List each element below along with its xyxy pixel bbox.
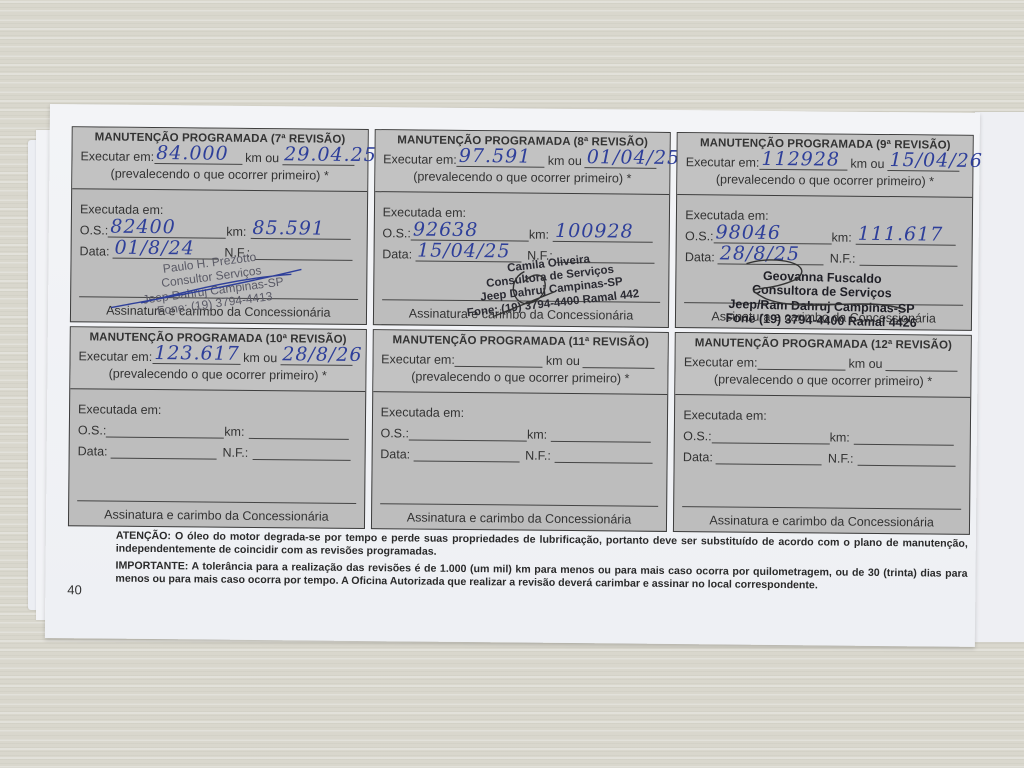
stamp-line: Consultor Serviços xyxy=(140,261,283,293)
nf-label: N.F.: xyxy=(828,451,854,465)
scheduled-date-field[interactable]: 29.04.25 xyxy=(282,149,354,166)
km-or-label: km ou xyxy=(848,357,882,371)
revision-schedule: MANUTENÇÃO PROGRAMADA (12ª REVISÃO) Exec… xyxy=(676,333,971,398)
facing-page xyxy=(975,112,1024,642)
km-field[interactable] xyxy=(854,429,954,446)
os-value: 98046 xyxy=(716,221,782,244)
date-nf-row: Data: 01/8/24 N.F.: xyxy=(80,237,359,261)
os-field[interactable] xyxy=(106,422,224,439)
prevailing-note: (prevalecendo o que ocorrer primeiro) * xyxy=(78,366,357,383)
revision-box-7: MANUTENÇÃO PROGRAMADA (7ª REVISÃO) Execu… xyxy=(70,126,369,325)
os-label: O.S.: xyxy=(685,229,714,243)
signature-line[interactable] xyxy=(382,299,661,303)
km-label: km: xyxy=(226,225,246,239)
nf-label: N.F.: xyxy=(830,251,856,265)
scheduled-date-field[interactable]: 28/8/26 xyxy=(280,349,352,366)
scheduled-date-value: 28/8/26 xyxy=(282,343,362,366)
km-label: km: xyxy=(831,231,851,245)
os-label: O.S.: xyxy=(382,226,411,240)
attention-note: ATENÇÃO: O óleo do motor degrada-se por … xyxy=(116,530,968,564)
os-field[interactable] xyxy=(409,424,527,441)
important-note: IMPORTANTE: A tolerância para a realizaç… xyxy=(115,559,967,593)
km-or-label: km ou xyxy=(548,154,582,168)
date-label: Data: xyxy=(683,450,713,464)
signature-line[interactable] xyxy=(380,503,659,507)
execute-label: Executar em: xyxy=(383,152,457,167)
os-label: O.S.: xyxy=(78,423,107,437)
date-field[interactable] xyxy=(413,446,519,463)
scheduled-date-field[interactable] xyxy=(885,355,957,372)
revision-box-10: MANUTENÇÃO PROGRAMADA (10ª REVISÃO) Exec… xyxy=(68,326,367,529)
date-field[interactable]: 01/8/24 xyxy=(112,243,218,260)
schedule-row: Executar em: 84.000 km ou 29.04.25 xyxy=(80,143,359,166)
km-or-label: km ou xyxy=(546,354,580,368)
revision-execution: Executada em: O.S.: km: Data: N.F.: xyxy=(70,389,365,461)
date-label: Data: xyxy=(80,244,110,258)
km-label: km: xyxy=(830,430,850,444)
revision-schedule: MANUTENÇÃO PROGRAMADA (7ª REVISÃO) Execu… xyxy=(72,127,367,192)
revision-execution: Executada em: O.S.: 82400 km: 85.591 Dat… xyxy=(72,189,367,261)
executed-label: Executada em: xyxy=(78,395,357,419)
scheduled-date-field[interactable]: 15/04/26 xyxy=(887,155,959,172)
executed-label: Executada em: xyxy=(381,398,660,422)
execute-label: Executar em: xyxy=(80,149,154,164)
footer-notes: ATENÇÃO: O óleo do motor degrada-se por … xyxy=(115,530,968,598)
scheduled-km-value: 84.000 xyxy=(156,142,229,165)
execute-label: Executar em: xyxy=(79,349,153,364)
os-label: O.S.: xyxy=(80,223,109,237)
schedule-row: Executar em: 97.591 km ou 01/04/25 xyxy=(383,146,662,169)
revision-box-12: MANUTENÇÃO PROGRAMADA (12ª REVISÃO) Exec… xyxy=(673,332,972,535)
scheduled-date-value: 15/04/26 xyxy=(889,149,983,172)
scheduled-km-field[interactable] xyxy=(757,354,845,371)
os-km-row: O.S.: km: xyxy=(683,422,962,446)
schedule-row: Executar em: 112928 km ou 15/04/26 xyxy=(686,149,965,172)
km-label: km: xyxy=(527,428,547,442)
prevailing-note: (prevalecendo o que ocorrer primeiro) * xyxy=(684,372,963,389)
stamp-line: Consultora de Serviços xyxy=(727,282,918,302)
signature-label: Assinatura e carimbo da Concessionária xyxy=(374,306,669,323)
revision-schedule: MANUTENÇÃO PROGRAMADA (10ª REVISÃO) Exec… xyxy=(70,327,365,392)
revision-grid: MANUTENÇÃO PROGRAMADA (7ª REVISÃO) Execu… xyxy=(68,126,974,535)
date-field[interactable]: 28/8/25 xyxy=(718,248,824,265)
nf-field[interactable] xyxy=(254,244,352,261)
date-nf-row: Data: N.F.: xyxy=(683,443,962,467)
stamp-line: Consultora de Serviços xyxy=(463,261,637,294)
os-km-row: O.S.: km: xyxy=(380,419,659,443)
km-value: 111.617 xyxy=(858,223,944,246)
prevailing-note: (prevalecendo o que ocorrer primeiro) * xyxy=(80,166,359,183)
schedule-row: Executar em: 123.617 km ou 28/8/26 xyxy=(79,343,358,366)
scheduled-km-field[interactable]: 97.591 xyxy=(457,151,545,168)
date-value: 28/8/25 xyxy=(720,242,800,265)
nf-field[interactable] xyxy=(555,447,653,464)
scheduled-date-value: 01/04/25 xyxy=(587,146,681,169)
scheduled-km-value: 112928 xyxy=(761,148,840,171)
date-field[interactable] xyxy=(110,443,216,460)
km-label: km: xyxy=(529,228,549,242)
signature-label: Assinatura e carimbo da Concessionária xyxy=(71,303,366,320)
km-or-label: km ou xyxy=(245,151,279,165)
revision-box-9: MANUTENÇÃO PROGRAMADA (9ª REVISÃO) Execu… xyxy=(675,132,974,331)
revision-schedule: MANUTENÇÃO PROGRAMADA (9ª REVISÃO) Execu… xyxy=(677,133,972,198)
signature-label: Assinatura e carimbo da Concessionária xyxy=(69,507,364,524)
revision-execution: Executada em: O.S.: km: Data: N.F.: xyxy=(372,392,667,464)
nf-label: N.F.: xyxy=(525,449,551,463)
signature-label: Assinatura e carimbo da Concessionária xyxy=(676,309,971,326)
signature-label: Assinatura e carimbo da Concessionária xyxy=(674,513,969,530)
nf-field[interactable] xyxy=(252,444,350,461)
date-nf-row: Data: 15/04/25 N.F.: xyxy=(382,240,661,264)
schedule-row: Executar em: km ou xyxy=(381,346,660,369)
date-field[interactable] xyxy=(716,448,822,465)
km-value: 85.591 xyxy=(252,217,325,240)
revision-schedule: MANUTENÇÃO PROGRAMADA (11ª REVISÃO) Exec… xyxy=(373,330,668,395)
scheduled-km-field[interactable]: 112928 xyxy=(759,154,847,171)
nf-field[interactable] xyxy=(557,247,655,264)
km-or-label: km ou xyxy=(243,351,277,365)
stamp-line: Geovanna Fuscaldo xyxy=(727,268,918,288)
km-label: km: xyxy=(224,425,244,439)
scheduled-date-field[interactable] xyxy=(583,352,655,369)
nf-label: N.F.: xyxy=(527,249,553,263)
km-field[interactable] xyxy=(248,423,348,440)
date-label: Data: xyxy=(380,447,410,461)
date-nf-row: Data: N.F.: xyxy=(78,437,357,461)
revision-execution: Executada em: O.S.: 92638 km: 100928 Dat… xyxy=(374,192,669,264)
km-field[interactable]: 85.591 xyxy=(250,223,350,240)
os-value: 82400 xyxy=(110,216,176,239)
scheduled-km-value: 97.591 xyxy=(459,145,532,168)
date-nf-row: Data: 28/8/25 N.F.: xyxy=(685,243,964,267)
schedule-row: Executar em: km ou xyxy=(684,349,963,372)
scheduled-date-field[interactable]: 01/04/25 xyxy=(585,152,657,169)
execute-label: Executar em: xyxy=(686,155,760,170)
revision-execution: Executada em: O.S.: 98046 km: 111.617 Da… xyxy=(677,195,972,267)
date-label: Data: xyxy=(78,444,108,458)
scheduled-km-field[interactable]: 123.617 xyxy=(152,348,240,365)
nf-field[interactable] xyxy=(857,450,955,467)
execute-label: Executar em: xyxy=(381,352,455,367)
revision-schedule: MANUTENÇÃO PROGRAMADA (8ª REVISÃO) Execu… xyxy=(375,130,670,195)
prevailing-note: (prevalecendo o que ocorrer primeiro) * xyxy=(381,369,660,386)
signature-line[interactable] xyxy=(682,506,961,510)
scheduled-date-value: 29.04.25 xyxy=(284,143,377,166)
date-value: 01/8/24 xyxy=(114,237,194,260)
signature-line[interactable] xyxy=(684,302,963,306)
nf-label: N.F.: xyxy=(222,446,248,460)
os-label: O.S.: xyxy=(380,426,409,440)
scheduled-km-field[interactable]: 84.000 xyxy=(154,148,242,165)
signature-line[interactable] xyxy=(77,500,356,504)
os-field[interactable] xyxy=(712,427,830,444)
scheduled-km-field[interactable] xyxy=(455,351,543,368)
signature-label: Assinatura e carimbo da Concessionária xyxy=(372,510,667,527)
km-or-label: km ou xyxy=(850,157,884,171)
date-field[interactable]: 15/04/25 xyxy=(415,246,521,263)
date-label: Data: xyxy=(382,247,412,261)
os-value: 92638 xyxy=(413,218,479,241)
km-field[interactable] xyxy=(551,426,651,443)
km-field[interactable]: 100928 xyxy=(553,226,653,243)
scheduled-km-value: 123.617 xyxy=(154,342,240,365)
date-label: Data: xyxy=(685,250,715,264)
os-label: O.S.: xyxy=(683,429,712,443)
nf-field[interactable] xyxy=(859,250,957,267)
nf-label: N.F.: xyxy=(224,246,250,260)
km-field[interactable]: 111.617 xyxy=(856,229,956,246)
signature-line[interactable] xyxy=(79,296,358,300)
prevailing-note: (prevalecendo o que ocorrer primeiro) * xyxy=(383,169,662,186)
revision-box-11: MANUTENÇÃO PROGRAMADA (11ª REVISÃO) Exec… xyxy=(371,329,670,532)
page-number: 40 xyxy=(67,582,82,597)
os-km-row: O.S.: km: xyxy=(78,416,357,440)
km-value: 100928 xyxy=(555,220,634,243)
date-value: 15/04/25 xyxy=(417,240,511,263)
executed-label: Executada em: xyxy=(683,401,962,425)
prevailing-note: (prevalecendo o que ocorrer primeiro) * xyxy=(686,172,965,189)
revision-box-8: MANUTENÇÃO PROGRAMADA (8ª REVISÃO) Execu… xyxy=(373,129,672,328)
stamp-line: Jeep Dahruj Campinas-SP xyxy=(142,275,285,307)
manual-page: MANUTENÇÃO PROGRAMADA (7ª REVISÃO) Execu… xyxy=(45,104,980,647)
date-nf-row: Data: N.F.: xyxy=(380,440,659,464)
execute-label: Executar em: xyxy=(684,355,758,370)
revision-execution: Executada em: O.S.: km: Data: N.F.: xyxy=(675,395,970,467)
